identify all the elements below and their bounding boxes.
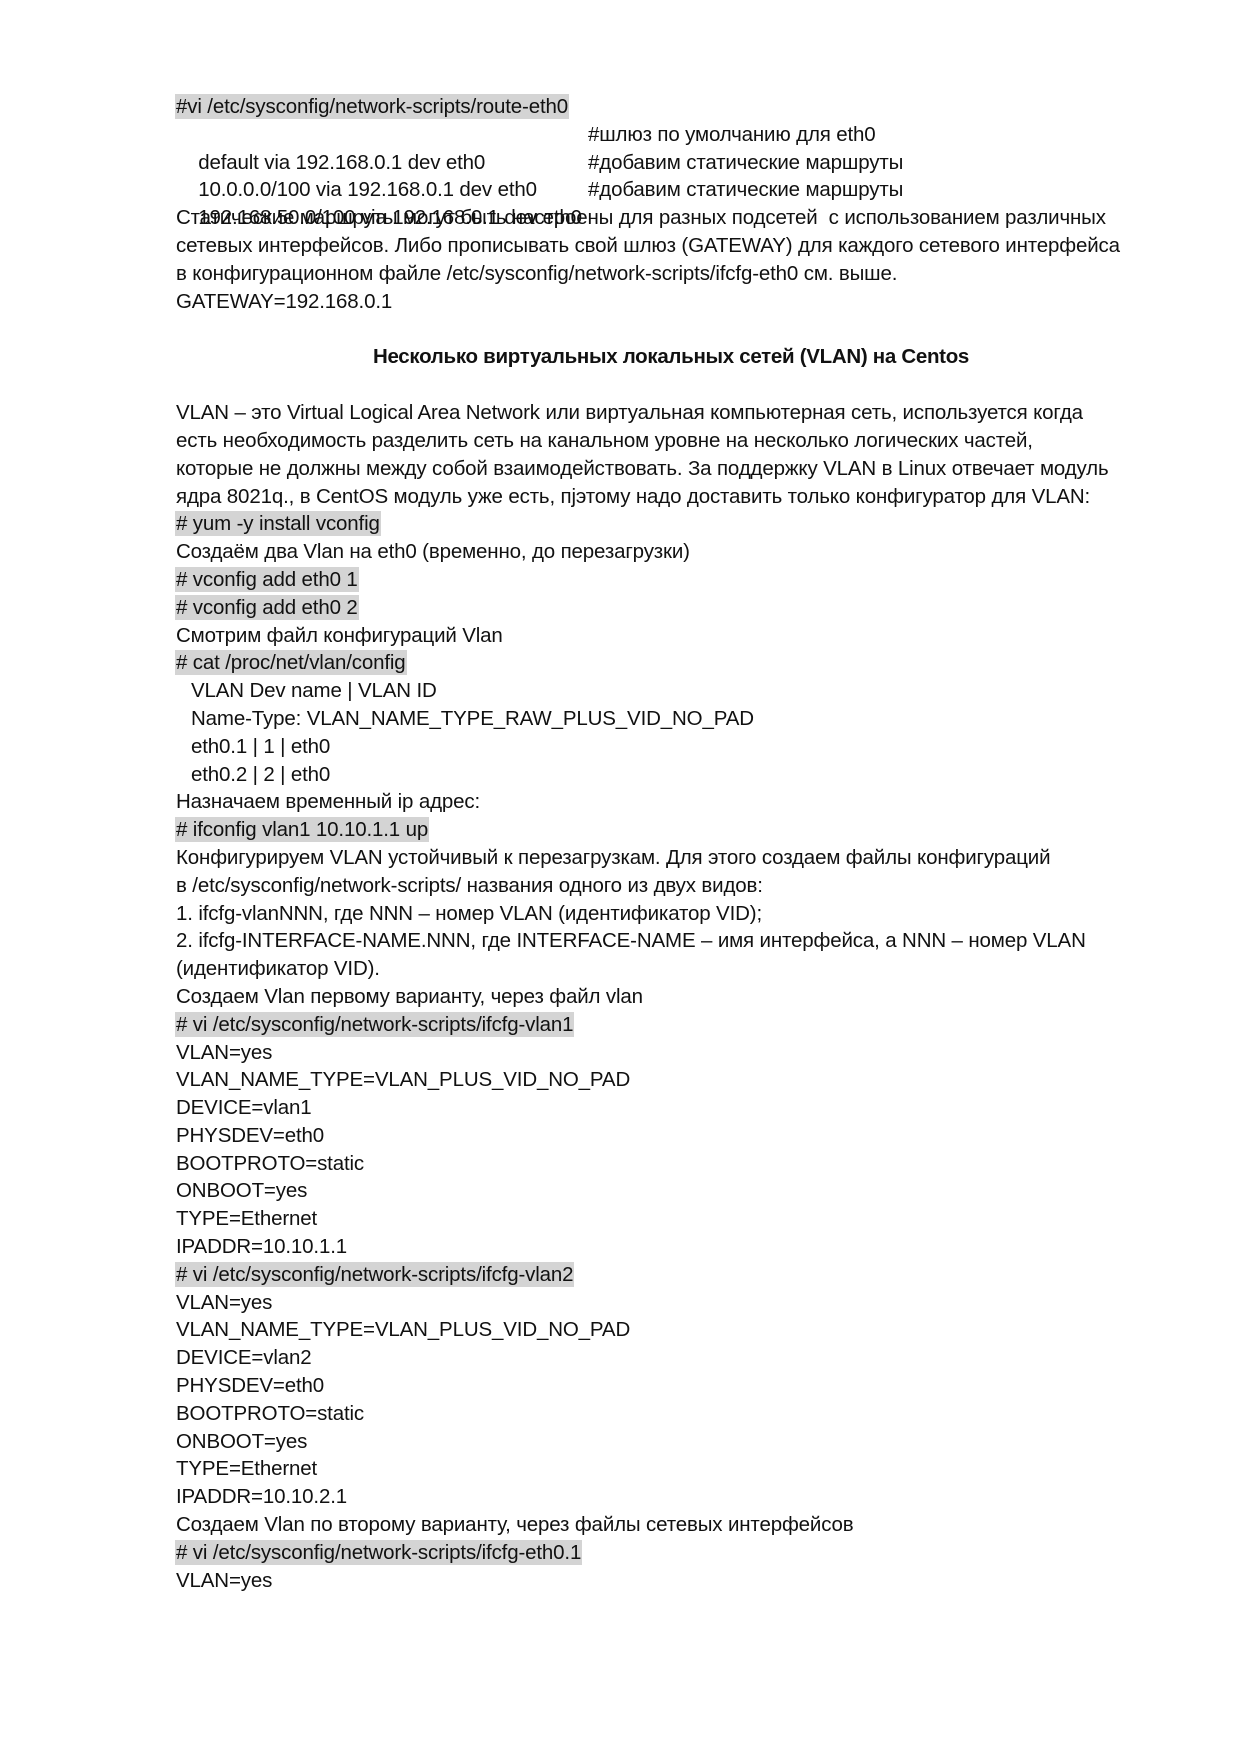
instruction-line: Назначаем временный ip адрес:	[176, 788, 1166, 816]
route-comment: #шлюз по умолчанию для eth0	[588, 121, 876, 149]
section-heading: Несколько виртуальных локальных сетей (V…	[176, 343, 1166, 371]
intro-line: ядра 8021q., в CentOS модуль уже есть, п…	[176, 483, 1166, 511]
config-line: ONBOOT=yes	[176, 1177, 1166, 1205]
config-line: PHYSDEV=eth0	[176, 1122, 1166, 1150]
paragraph-line: в /etc/sysconfig/network-scripts/ назван…	[176, 872, 1166, 900]
intro-line: VLAN – это Virtual Logical Area Network …	[176, 399, 1166, 427]
config-line: BOOTPROTO=static	[176, 1400, 1166, 1428]
document-page: #vi /etc/sysconfig/network-scripts/route…	[176, 93, 1166, 1594]
command-highlight: # vi /etc/sysconfig/network-scripts/ifcf…	[175, 1262, 574, 1287]
config-line: DEVICE=vlan1	[176, 1094, 1166, 1122]
gateway-line: GATEWAY=192.168.0.1	[176, 288, 1166, 316]
route-line: default via 192.168.0.1 dev eth0 #шлюз п…	[176, 121, 1166, 149]
command-highlight: # vi /etc/sysconfig/network-scripts/ifcf…	[175, 1012, 574, 1037]
paragraph-line: Конфигурируем VLAN устойчивый к перезагр…	[176, 844, 1166, 872]
cat-command-line: # cat /proc/net/vlan/config	[176, 649, 1166, 677]
vconfig-command-line: # vconfig add eth0 1	[176, 566, 1166, 594]
output-line: VLAN Dev name | VLAN ID	[176, 677, 1166, 705]
ifconfig-command-line: # ifconfig vlan1 10.10.1.1 up	[176, 816, 1166, 844]
command-highlight: # vconfig add eth0 1	[175, 567, 359, 592]
paragraph-line: в конфигурационном файле /etc/sysconfig/…	[176, 260, 1166, 288]
vlan1-file-command-line: # vi /etc/sysconfig/network-scripts/ifcf…	[176, 1011, 1166, 1039]
config-line: VLAN_NAME_TYPE=VLAN_PLUS_VID_NO_PAD	[176, 1066, 1166, 1094]
output-line: eth0.1 | 1 | eth0	[176, 733, 1166, 761]
instruction-line: Создаем Vlan первому варианту, через фай…	[176, 983, 1166, 1011]
list-item-continuation: (идентификатор VID).	[176, 955, 1166, 983]
config-line: VLAN=yes	[176, 1289, 1166, 1317]
command-highlight: # vconfig add eth0 2	[175, 595, 359, 620]
config-line: VLAN=yes	[176, 1039, 1166, 1067]
config-line: IPADDR=10.10.1.1	[176, 1233, 1166, 1261]
config-line: TYPE=Ethernet	[176, 1455, 1166, 1483]
route-file-command-line: #vi /etc/sysconfig/network-scripts/route…	[176, 93, 1166, 121]
vconfig-command-line: # vconfig add eth0 2	[176, 594, 1166, 622]
eth01-file-command-line: # vi /etc/sysconfig/network-scripts/ifcf…	[176, 1539, 1166, 1567]
command-highlight: # yum -y install vconfig	[175, 511, 381, 536]
route-comment: #добавим статические маршруты	[588, 149, 903, 177]
command-highlight: # ifconfig vlan1 10.10.1.1 up	[175, 817, 429, 842]
config-line: PHYSDEV=eth0	[176, 1372, 1166, 1400]
config-line: IPADDR=10.10.2.1	[176, 1483, 1166, 1511]
command-highlight: #vi /etc/sysconfig/network-scripts/route…	[175, 94, 569, 119]
config-line: VLAN=yes	[176, 1567, 1166, 1595]
config-line: TYPE=Ethernet	[176, 1205, 1166, 1233]
command-highlight: # vi /etc/sysconfig/network-scripts/ifcf…	[175, 1540, 582, 1565]
route-line: 192.168.50.0/100 via 192.168.0.1 dev eth…	[176, 176, 1166, 204]
command-highlight: # cat /proc/net/vlan/config	[175, 650, 407, 675]
intro-line: есть необходимость разделить сеть на кан…	[176, 427, 1166, 455]
route-text: 192.168.50.0/100 via 192.168.0.1 dev eth…	[198, 206, 582, 229]
config-line: ONBOOT=yes	[176, 1428, 1166, 1456]
intro-line: которые не должны между собой взаимодейс…	[176, 455, 1166, 483]
config-line: BOOTPROTO=static	[176, 1150, 1166, 1178]
config-line: VLAN_NAME_TYPE=VLAN_PLUS_VID_NO_PAD	[176, 1316, 1166, 1344]
list-item: 1. ifcfg-vlanNNN, где NNN – номер VLAN (…	[176, 900, 1166, 928]
config-line: DEVICE=vlan2	[176, 1344, 1166, 1372]
install-command-line: # yum -y install vconfig	[176, 510, 1166, 538]
vlan2-file-command-line: # vi /etc/sysconfig/network-scripts/ifcf…	[176, 1261, 1166, 1289]
instruction-line: Создаём два Vlan на eth0 (временно, до п…	[176, 538, 1166, 566]
instruction-line: Смотрим файл конфигураций Vlan	[176, 622, 1166, 650]
instruction-line: Создаем Vlan по второму варианту, через …	[176, 1511, 1166, 1539]
paragraph-line: сетевых интерфейсов. Либо прописывать св…	[176, 232, 1166, 260]
list-item: 2. ifcfg-INTERFACE-NAME.NNN, где INTERFA…	[176, 927, 1166, 955]
route-line: 10.0.0.0/100 via 192.168.0.1 dev eth0 #д…	[176, 149, 1166, 177]
route-comment: #добавим статические маршруты	[588, 176, 903, 204]
output-line: Name-Type: VLAN_NAME_TYPE_RAW_PLUS_VID_N…	[176, 705, 1166, 733]
output-line: eth0.2 | 2 | eth0	[176, 761, 1166, 789]
